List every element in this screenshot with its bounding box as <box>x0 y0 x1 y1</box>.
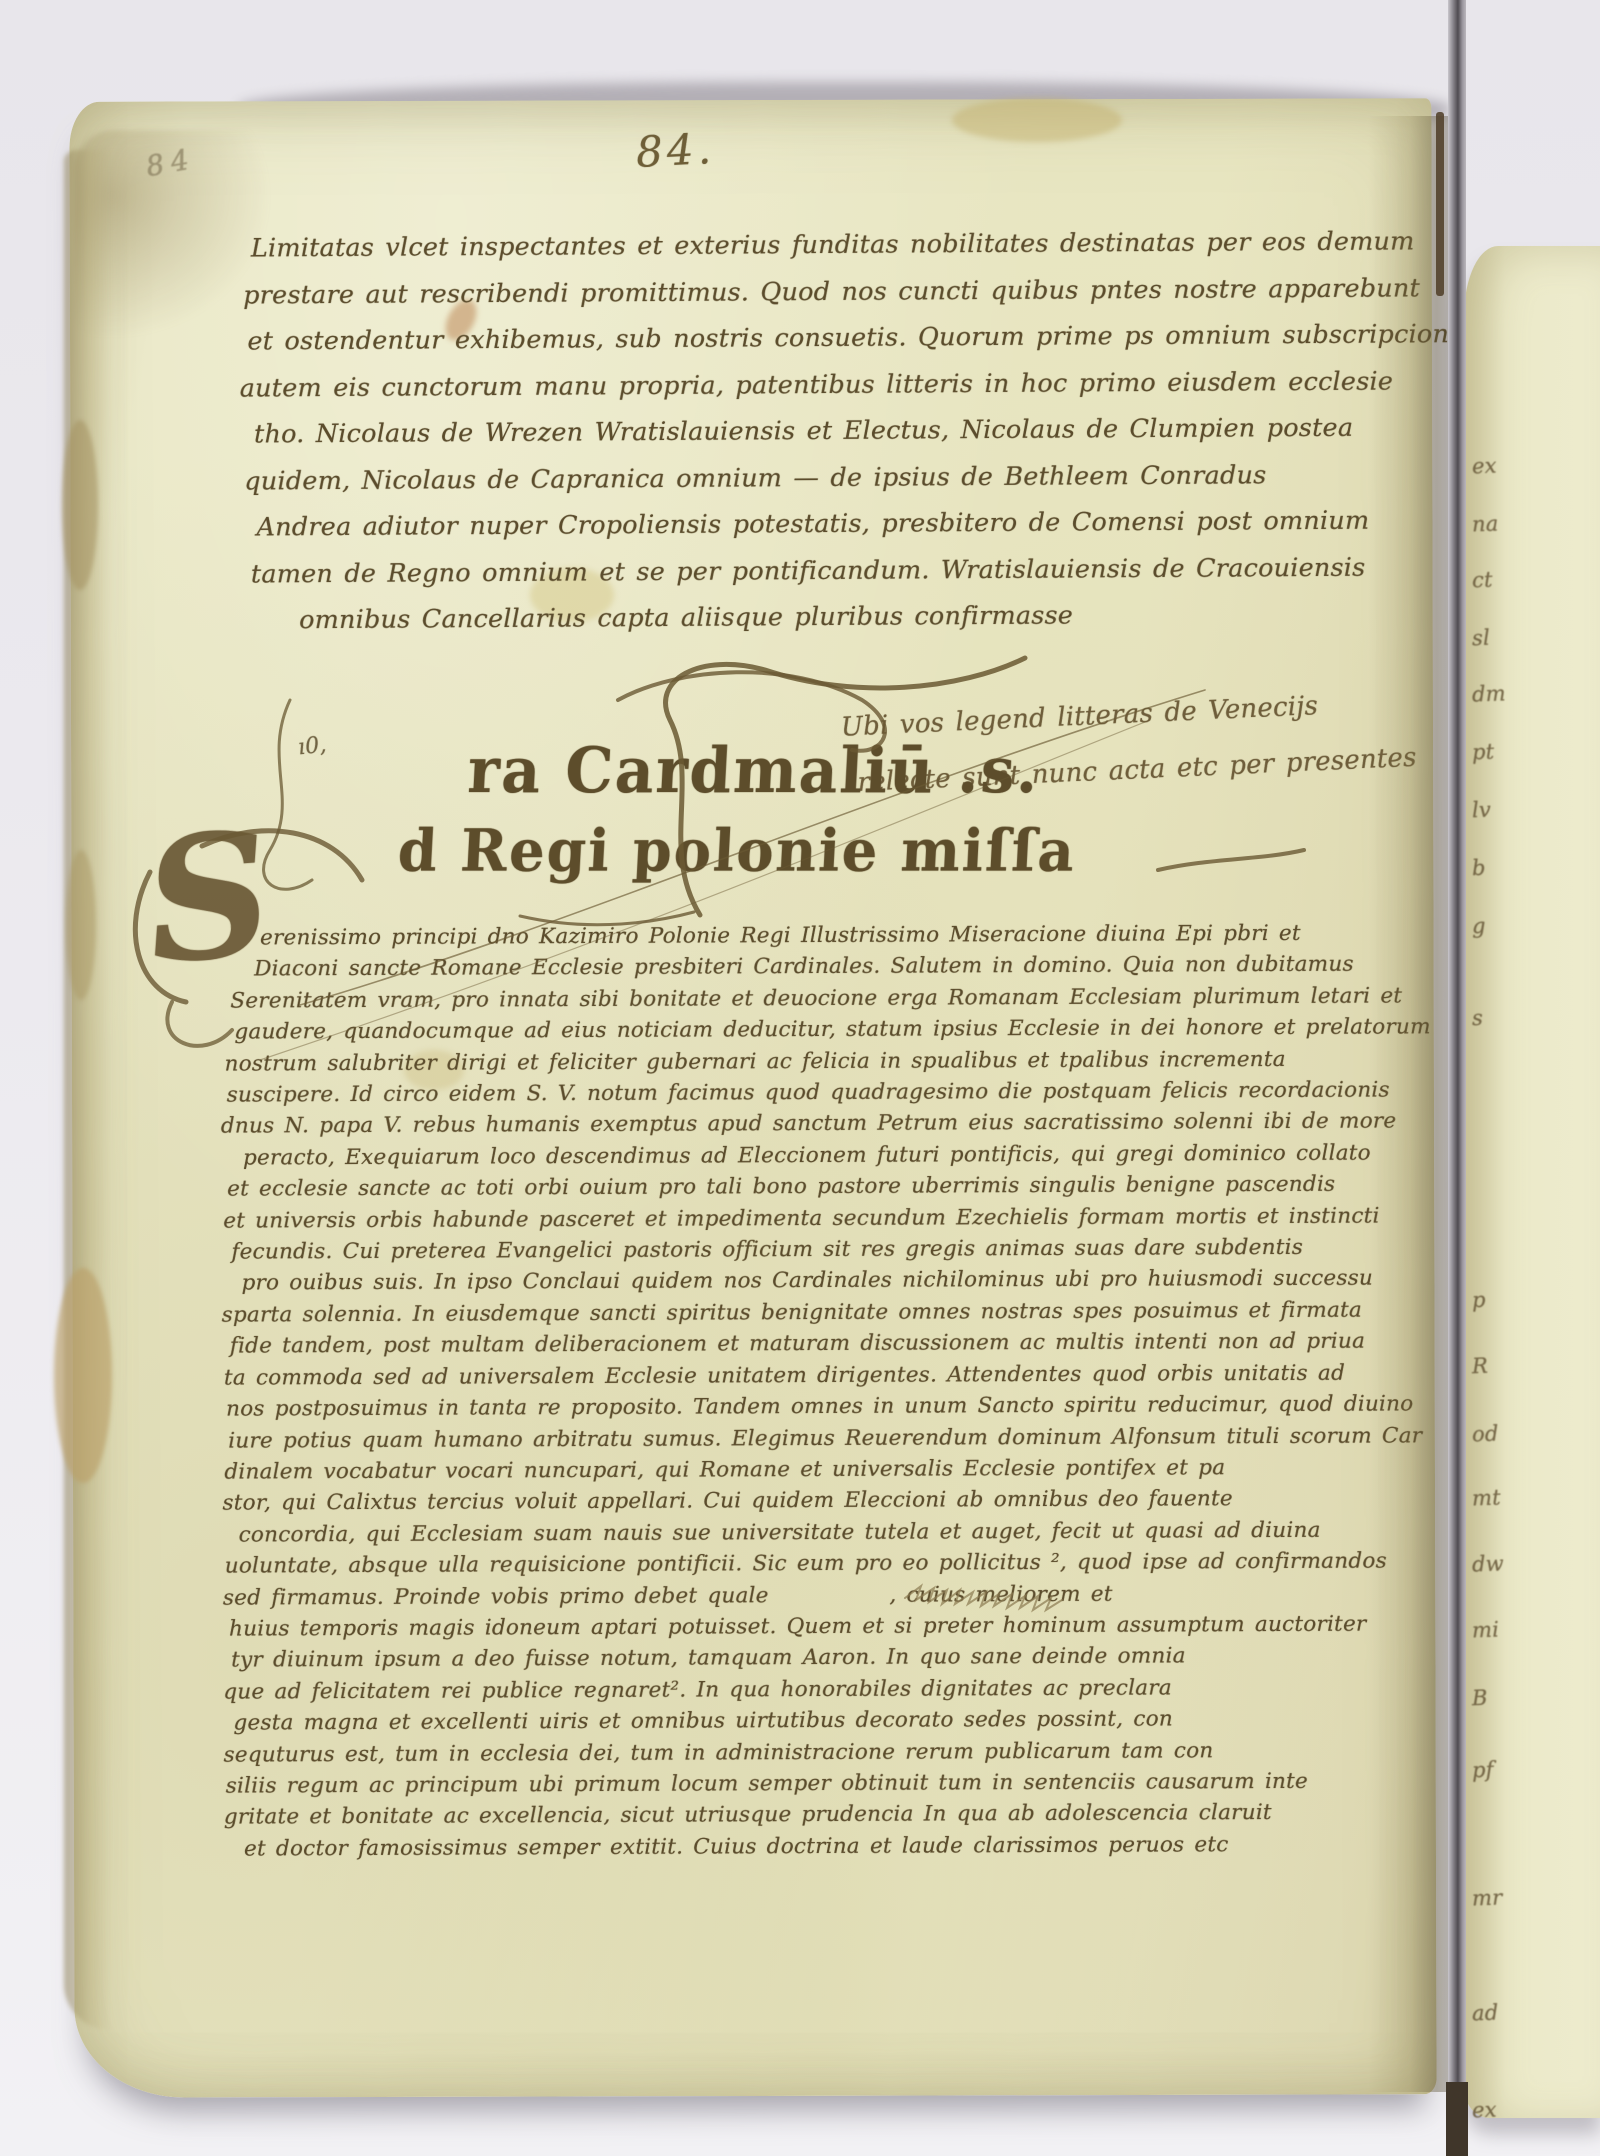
manuscript-line: autem eis cunctorum manu propria, patent… <box>240 358 1402 412</box>
manuscript-line: peracto, Exequiarum loco descendimus ad … <box>243 1137 1417 1174</box>
manuscript-line: fide tandem, post multam deliberacionem … <box>230 1326 1418 1363</box>
manuscript-line: pro ouibus suis. In ipso Conclaui quidem… <box>241 1263 1417 1300</box>
manuscript-line: sparta solennia. In eiusdemque sancti sp… <box>222 1294 1418 1331</box>
manuscript-line: siliis regum ac principum ubi primum loc… <box>226 1765 1420 1802</box>
manuscript-line: erenissimo principi dno Kazimiro Polonie… <box>260 917 1416 953</box>
manuscript-line: nostrum salubriter dirigi et feliciter g… <box>224 1043 1416 1080</box>
manuscript-line: stor, qui Calixtus tercius voluit appell… <box>222 1483 1418 1520</box>
facing-page-text-fragment: g <box>1472 914 1486 938</box>
stain <box>952 98 1122 142</box>
facing-page-text-fragment: sl <box>1472 626 1491 651</box>
facing-page-text-fragment: R <box>1472 1354 1489 1379</box>
manuscript-line: et universis orbis habunde pasceret et i… <box>223 1200 1417 1237</box>
manuscript-line: omnibus Cancellarius capta aliisque plur… <box>299 590 1403 643</box>
letter-text-block: erenissimo principi dno Kazimiro Polonie… <box>220 917 1420 1864</box>
facing-page-text-fragment: p <box>1472 1288 1486 1312</box>
edge-damage <box>54 1268 112 1483</box>
facing-page-text-fragment: mr <box>1472 1885 1503 1910</box>
facing-page-text-fragment: ad <box>1472 2001 1499 2026</box>
manuscript-line: Serenitatem vram, pro innata sibi bonita… <box>230 980 1416 1017</box>
manuscript-line: ta commoda sed ad universalem Ecclesie u… <box>224 1357 1418 1394</box>
edge-damage <box>66 850 96 1000</box>
manuscript-line: et ecclesie sancte ac toti orbi ouium pr… <box>227 1169 1417 1206</box>
facing-page-text-fragment: ex <box>1472 2098 1497 2123</box>
manuscript-line: tyr diuinum ipsum a deo fuisse notum, ta… <box>231 1640 1419 1677</box>
facing-page-text-fragment: pt <box>1472 740 1495 765</box>
manuscript-line: sed firmamus. Proinde vobis primo debet … <box>223 1577 1419 1614</box>
facing-page-text-fragment: mi <box>1472 1618 1500 1643</box>
manuscript-line: et ostendentur exhibemus, sub nostris co… <box>247 311 1401 365</box>
facing-page-text-fragment: s <box>1472 1006 1484 1030</box>
facing-page-text-fragment: b <box>1472 856 1486 880</box>
manuscript-line: que ad felicitatem rei publice regnaret²… <box>223 1671 1419 1708</box>
manuscript-line: tho. Nicolaus de Wrezen Wratislauiensis … <box>254 404 1402 458</box>
book-weight-rod <box>1448 0 1466 2156</box>
manuscript-line: huius temporis magis idoneum aptari potu… <box>229 1608 1419 1645</box>
facing-page-text-fragment: ct <box>1472 568 1493 593</box>
binding-cord <box>1436 112 1444 296</box>
facing-page-text-fragment: mt <box>1472 1486 1502 1511</box>
manuscript-line: iure potius quam humano arbitratu sumus.… <box>228 1420 1418 1457</box>
manuscript-line: gritate et bonitate ac excellencia, sicu… <box>224 1797 1420 1834</box>
manuscript-line: suscipere. Id circo eidem S. V. notum fa… <box>227 1074 1417 1111</box>
manuscript-line: Andrea adiutor nuper Cropoliensis potest… <box>256 497 1402 550</box>
manuscript-line: tamen de Regno omnium et se per pontific… <box>251 544 1403 598</box>
rubric-heading-line1: ra Cardmaliū .s. <box>466 735 1041 808</box>
margin-registration-mark: ı0, <box>297 733 328 761</box>
rubric-heading-line2: d Regi polonie miſſa <box>396 817 1078 886</box>
facing-page-text-fragment: ex <box>1472 454 1497 479</box>
facing-page-text-fragment: lv <box>1472 798 1492 823</box>
manuscript-line: dnus N. papa V. rebus humanis exemptus a… <box>221 1106 1417 1143</box>
manuscript-line: uoluntate, absque ulla requisicione pont… <box>225 1546 1419 1583</box>
gutter-crease <box>1368 116 1448 2092</box>
manuscript-line: concordia, qui Ecclesiam suam nauis sue … <box>239 1514 1419 1551</box>
edge-damage <box>62 420 98 590</box>
manuscript-line: sequturus est, tum in ecclesia dei, tum … <box>224 1734 1420 1771</box>
page-number-ink: 84. <box>635 124 716 177</box>
facing-page-text-fragment: B <box>1472 1686 1488 1711</box>
manuscript-line: gaudere, quandocumque ad eius noticiam d… <box>234 1012 1416 1049</box>
facing-page-text-fragment: pf <box>1472 1758 1494 1783</box>
facing-page-text-fragment: dm <box>1472 681 1507 706</box>
closing-text-block: Limitatas vlcet inspectantes et exterius… <box>251 218 1404 644</box>
facing-page-text-fragment: dw <box>1472 1551 1505 1576</box>
manuscript-line: quidem, Nicolaus de Capranica omnium — d… <box>244 451 1402 505</box>
manuscript-line: nos postposuimus in tanta re proposito. … <box>226 1388 1418 1425</box>
facing-page-text-fragment: na <box>1472 512 1499 537</box>
manuscript-line: dinalem vocabatur vocari nuncupari, qui … <box>224 1451 1418 1488</box>
manuscript-line: Diaconi sancte Romane Ecclesie presbiter… <box>254 949 1416 985</box>
manuscript-photo: 84 84. Limitatas vlcet inspectantes et e… <box>0 0 1600 2156</box>
facing-page-text-fragment: od <box>1472 1422 1499 1447</box>
manuscript-line: gesta magna et excellenti uiris et omnib… <box>233 1703 1419 1740</box>
book-weight-rod-tip <box>1446 2082 1468 2156</box>
manuscript-line: fecundis. Cui preterea Evangelici pastor… <box>231 1231 1417 1268</box>
facing-page-edge: exnactsldmptlvbgspRodmtdwmiBpfmradex <box>1464 246 1600 2118</box>
manuscript-line: Limitatas vlcet inspectantes et exterius… <box>251 218 1401 272</box>
manuscript-line: prestare aut rescribendi promittimus. Qu… <box>243 265 1401 319</box>
manuscript-line: et doctor famosissimus semper extitit. C… <box>244 1828 1420 1865</box>
